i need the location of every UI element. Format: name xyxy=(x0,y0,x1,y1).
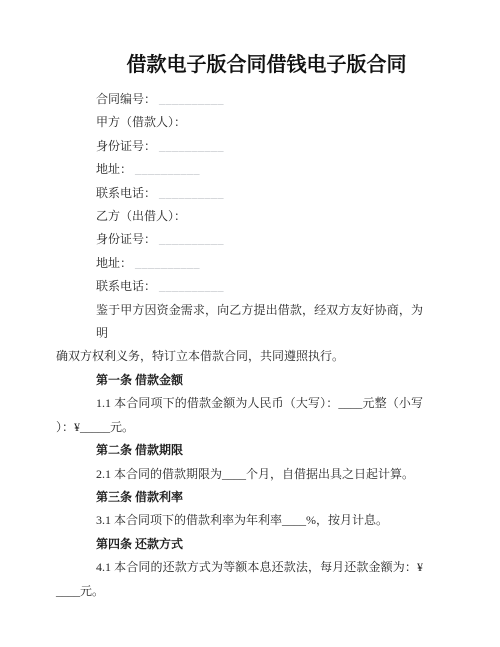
field-row-address-b: 地址：__________ xyxy=(56,252,423,275)
clause-line: 2.1 本合同的借款期限为____个月，自借据出具之日起计算。 xyxy=(56,463,423,486)
blank-line: __________ xyxy=(135,256,200,270)
field-label: 甲方（借款人）： xyxy=(96,115,186,129)
clause-line: ）：¥_____元。 xyxy=(56,416,423,439)
field-row-party-b: 乙方（出借人）： xyxy=(56,205,423,228)
contract-fields: 合同编号：__________ 甲方（借款人）： 身份证号：__________… xyxy=(56,88,423,299)
clause-section-repayment-method: 第四条 还款方式 4.1 本合同的还款方式为等额本息还款法，每月还款金额为：¥ … xyxy=(56,533,423,603)
preamble-line: 确双方权利义务，特订立本借款合同，共同遵照执行。 xyxy=(56,345,423,368)
field-row-phone-b: 联系电话：__________ xyxy=(56,275,423,298)
clause-line: ____元。 xyxy=(56,580,423,603)
field-label: 联系电话： xyxy=(96,186,156,200)
preamble-paragraph: 鉴于甲方因资金需求，向乙方提出借款，经双方友好协商，为明 确双方权利义务，特订立… xyxy=(56,299,423,369)
field-label: 地址： xyxy=(96,256,132,270)
clause-line: 3.1 本合同项下的借款利率为年利率____%，按月计息。 xyxy=(56,509,423,532)
clause-section-loan-term: 第二条 借款期限 2.1 本合同的借款期限为____个月，自借据出具之日起计算。 xyxy=(56,439,423,486)
field-row-party-a: 甲方（借款人）： xyxy=(56,111,423,134)
blank-line: __________ xyxy=(159,139,224,153)
field-label: 地址： xyxy=(96,162,132,176)
blank-line: __________ xyxy=(135,162,200,176)
clause-section-loan-amount: 第一条 借款金额 1.1 本合同项下的借款金额为人民币（大写）：____元整（小… xyxy=(56,369,423,439)
blank-line: __________ xyxy=(159,186,224,200)
field-row-id-number-b: 身份证号：__________ xyxy=(56,228,423,251)
blank-line: __________ xyxy=(159,232,224,246)
field-row-phone-a: 联系电话：__________ xyxy=(56,182,423,205)
page-title: 借款电子版合同借钱电子版合同 xyxy=(56,50,423,80)
field-label: 乙方（出借人）： xyxy=(96,209,186,223)
field-label: 身份证号： xyxy=(96,232,156,246)
field-label: 联系电话： xyxy=(96,279,156,293)
clause-heading: 第二条 借款期限 xyxy=(56,439,423,462)
field-row-contract-number: 合同编号：__________ xyxy=(56,88,423,111)
field-label: 合同编号： xyxy=(96,92,156,106)
field-row-id-number-a: 身份证号：__________ xyxy=(56,135,423,158)
contract-document-page: 借款电子版合同借钱电子版合同 合同编号：__________ 甲方（借款人）： … xyxy=(0,0,500,647)
field-label: 身份证号： xyxy=(96,139,156,153)
preamble-line: 鉴于甲方因资金需求，向乙方提出借款，经双方友好协商，为明 xyxy=(56,299,423,346)
clause-line: 1.1 本合同项下的借款金额为人民币（大写）：____元整（小写 xyxy=(56,392,423,415)
field-row-address-a: 地址：__________ xyxy=(56,158,423,181)
clause-heading: 第四条 还款方式 xyxy=(56,533,423,556)
clause-heading: 第三条 借款利率 xyxy=(56,486,423,509)
clause-line: 4.1 本合同的还款方式为等额本息还款法，每月还款金额为：¥ xyxy=(56,556,423,579)
blank-line: __________ xyxy=(159,92,224,106)
clause-section-interest-rate: 第三条 借款利率 3.1 本合同项下的借款利率为年利率____%，按月计息。 xyxy=(56,486,423,533)
blank-line: __________ xyxy=(159,279,224,293)
clause-heading: 第一条 借款金额 xyxy=(56,369,423,392)
